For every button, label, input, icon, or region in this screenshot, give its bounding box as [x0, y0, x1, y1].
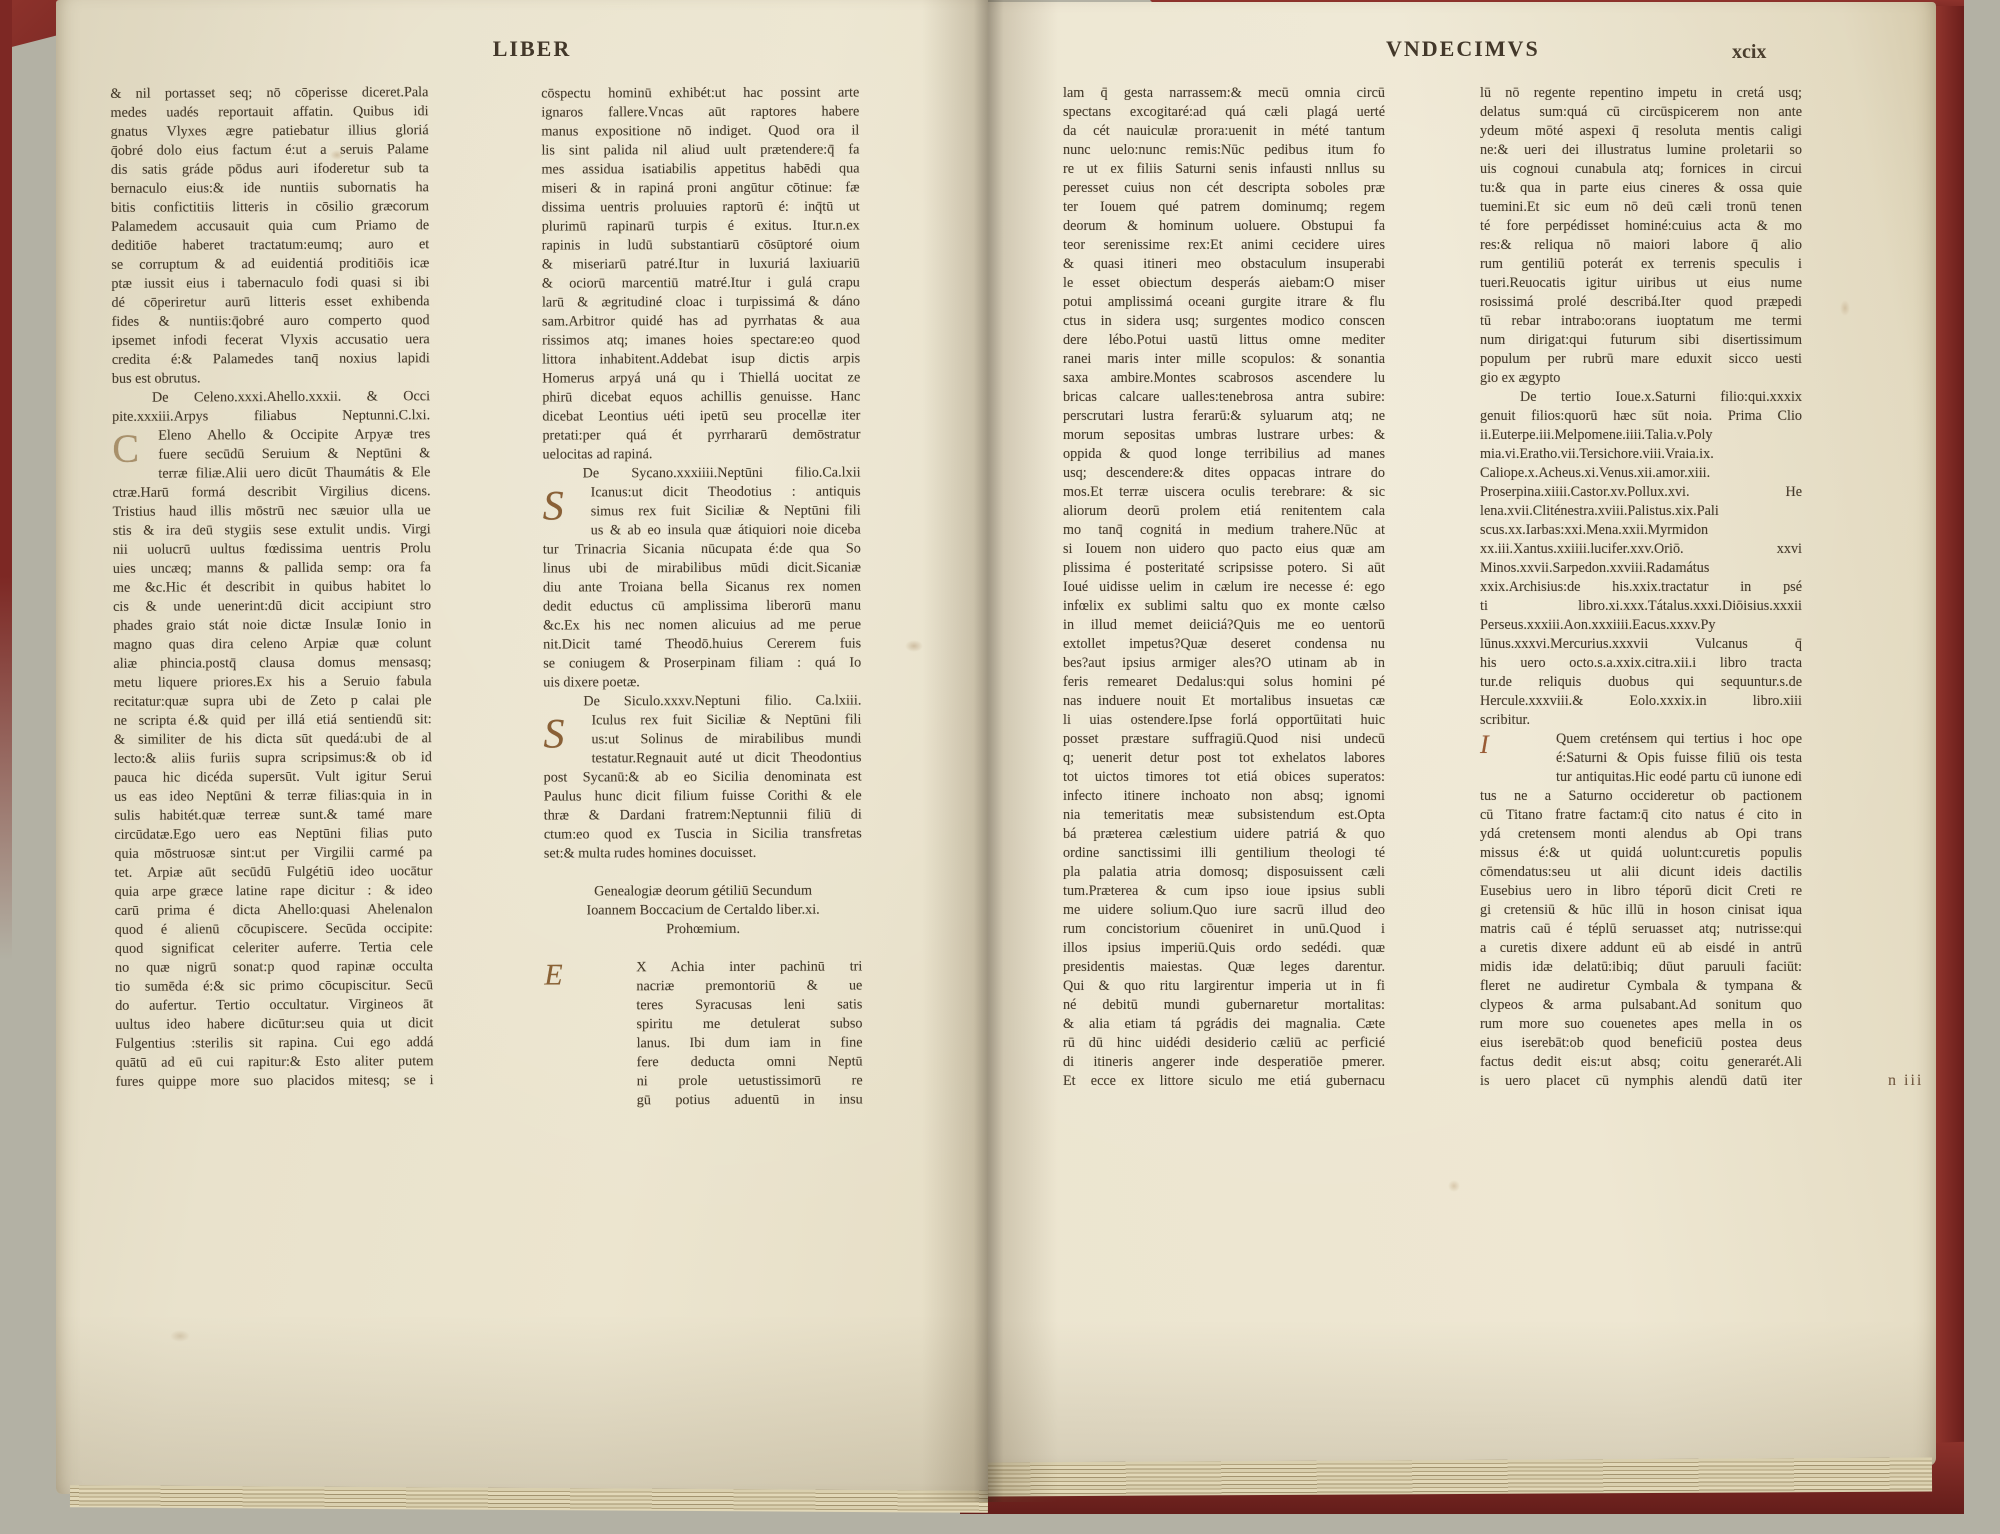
text-line: phades graio stát noie dictæ Insulæ Ioni… [113, 615, 431, 636]
text-line: bes?aut ipsius armiger ales?O utinam ab … [1063, 654, 1385, 673]
text-line: matris caū é téplū seruasset atq; nutris… [1480, 920, 1802, 939]
text-line: miseri & in rapiná proni angūtur cōtinue… [542, 178, 860, 198]
text-line: Homerus arpyá uná qu i Thiellá uocitat z… [542, 368, 860, 388]
text-line: rosissimá prolé describá.Iter quod præpe… [1480, 293, 1802, 312]
text-line: me uidere solium.Quo iure sacrū illud de… [1063, 901, 1385, 920]
text-line: infœlix ex sublimi saltu quo ex monte cæ… [1063, 597, 1385, 616]
paragraph: De Siculo.xxxv.Neptuni filio. Ca.lxiii. [543, 691, 861, 711]
text-line: De Celeno.xxxi.Ahello.xxxii. & Occi [112, 387, 430, 408]
paragraph: De Sycano.xxxiiii.Neptūni filio.Ca.lxii [543, 463, 861, 483]
text-column-1: & nil portasset seq; nō cōperisse dicere… [110, 83, 433, 1092]
text-line: saxa ambire.Montes scabrosos ascendere l… [1063, 369, 1385, 388]
text-line: uis cognoui cunabula atq; fornices in ci… [1480, 160, 1802, 179]
text-line: infecto itinere inchoato non absq; ignom… [1063, 787, 1385, 806]
text-line: cōmendatus:seu ut alii dicunt ideis dact… [1480, 863, 1802, 882]
text-line: dicebat Leontius uéti ipetū seu procellæ… [542, 406, 860, 426]
text-line: stis & ira deū stygiis sese extulit undi… [113, 520, 431, 541]
page-block-edges-left [70, 1485, 988, 1513]
paragraph: De tertio Ioue.x.Saturni filio:qui.xxxix… [1480, 388, 1802, 730]
text-line: his uero octo.s.a.xxix.citra.xii.i libro… [1480, 654, 1802, 673]
paragraph-with-initial: EX Achia inter pachinū trinacriæ premont… [544, 957, 863, 1110]
text-line: in illud memet deiiciá?Quis me eo uentor… [1063, 616, 1385, 635]
photo-backdrop: LIBER VNDECIMVS xcix & nil portasset seq… [0, 0, 2000, 1534]
text-line: gnatus Vlyxes ægre patiebatur illius glo… [111, 121, 429, 142]
text-line: ydeum mōté aspexi q̄ resoluta mentis cal… [1480, 122, 1802, 141]
text-line: tet. Arpiæ aūt secūdū Fulgétiū ideo uocā… [114, 862, 432, 883]
text-line: rū dū hinc uidédi desiderio cæliū ac per… [1063, 1034, 1385, 1053]
text-line: si Iouem non uidero quo pacto eius quæ a… [1063, 540, 1385, 559]
text-line: deorum & hominum uoluere. Obstupui fa [1063, 217, 1385, 236]
text-line: q; uenerit detur post tot exhelatos labo… [1063, 749, 1385, 768]
text-line: tus ne a Saturno occideretur ob pactione… [1480, 787, 1802, 806]
paragraph: cōspectu hominū exhibét:ut hac possint a… [541, 83, 860, 464]
text-line: us eas ideo Neptūni & terræ filias:quia … [114, 786, 432, 807]
text-line: diu ante Troiana bella Sicanus rex nomen [543, 577, 861, 597]
text-line: ter Iouem qué patrem dominumq; regem [1063, 198, 1385, 217]
text-line: medes uadés reportauit affatin. Quibus i… [110, 102, 428, 123]
text-line: usq; descendere:& dites oppacas intrare … [1063, 464, 1385, 483]
text-line: Icanus:ut dicit Theodotius : antiquis [543, 482, 861, 502]
text-line: res:& reliqua nō maiori labore q̄ alio [1480, 236, 1802, 255]
text-line: & miseriarū patré.Itur in luxuriá laxiua… [542, 254, 860, 274]
text-line: & quasi itineri meo obstaculum insuperab… [1063, 255, 1385, 274]
foxing-spot [1448, 1180, 1460, 1192]
text-line: simus rex fuit Siciliæ & Neptūni fili [543, 501, 861, 521]
text-line: ipsemet infodi fecerat Vlyxis accusatio … [112, 330, 430, 351]
text-line: me &c.Hic ét describit in quibus habitet… [113, 577, 431, 598]
text-column-4: lū nō regente repentino impetu in cretá … [1480, 84, 1802, 1091]
text-line: ignaros fallere.Vncas aūt raptores haber… [541, 102, 859, 122]
text-line: tuemini.Et sic eum nō deū cæli tronū ten… [1480, 198, 1802, 217]
quire-signature: n iii [1888, 1072, 1923, 1090]
text-line: tu:& qua in parte eius cineres & ossa qu… [1480, 179, 1802, 198]
text-line: circūdatæ.Ego uero eas Neptūni filias pu… [114, 824, 432, 845]
text-line: cū Titano fratre factam:q̄ cito natus é … [1480, 806, 1802, 825]
text-line: post Sycanū:& ab eo Sicilia denominata e… [544, 767, 862, 787]
foxing-spot [905, 640, 923, 652]
text-line: quia arpe græce latine rape dicitur : & … [115, 881, 433, 902]
text-line: lecto:& aliis furiis supra scripsimus:& … [114, 748, 432, 769]
text-line: Eusebius uero in libro téporū dicit Cret… [1480, 882, 1802, 901]
text-line: mos.Et terræ uiscera oculis terebrare: &… [1063, 483, 1385, 502]
text-line: tur Trinacria Sicania nūcupata é:de qua … [543, 539, 861, 559]
text-line: populum per rubrū mare eduxit sicco uest… [1480, 350, 1802, 369]
text-line: cōspectu hominū exhibét:ut hac possint a… [541, 83, 859, 103]
text-line: Caliope.x.Acheus.xi.Venus.xii.amor.xiii. [1480, 464, 1802, 483]
text-line: credita é:& Palamedes tanq̄ noxius lapid… [112, 349, 430, 370]
text-column-2: cōspectu hominū exhibét:ut hac possint a… [541, 83, 863, 1112]
text-line: tū rebar intrabo:orans iuoptatum me term… [1480, 312, 1802, 331]
text-line: terræ filiæ.Alii uero dicūt Thaumátis & … [112, 463, 430, 484]
text-line: ctum:eo quod ex Tuscia in Sicilia transf… [544, 824, 862, 844]
paragraph: lū nō regente repentino impetu in cretá … [1480, 84, 1802, 388]
text-line: set:& multa rudes homines docuisset. [544, 843, 862, 863]
text-line: quod é alienū cōcupiscere. Secūda occipi… [115, 919, 433, 940]
text-line: mia.vi.Eratho.vii.Tersichore.viii.Vraia.… [1480, 445, 1802, 464]
text-line: quātū ad eū cui rapitur:& Esto aliter pu… [115, 1052, 433, 1073]
text-line: nit.Dicit tamé Theodō.huius Cererem fuis [543, 634, 861, 654]
foxing-spot [170, 1330, 190, 1342]
drop-cap-initial: C [112, 427, 158, 467]
text-line: né debitū mundi gubernaretur mortalitas: [1063, 996, 1385, 1015]
text-line: té fore perpédisset hominé:cuius acta & … [1480, 217, 1802, 236]
text-line: se coniugem & Proserpinam filiam : quá I… [543, 653, 861, 673]
page-block-edges-right [988, 1458, 1932, 1497]
text-line: dis satis gráde pōdus auri ifoderetur su… [111, 159, 429, 180]
text-line: tueri.Reuocatis igitur uiribus ut eius n… [1480, 274, 1802, 293]
text-line: tum.Præterea & cum ipso ioue ipsius subl… [1063, 882, 1385, 901]
text-line: extollet impetus?Quæ deseret condensa nu [1063, 635, 1385, 654]
text-line: plurimū rapinarū turpis é exitus. Itur.n… [542, 216, 860, 236]
text-line: bitis confictitiis litteris in cōsilio g… [111, 197, 429, 218]
text-line: Proserpina.xiiii.Castor.xv.Pollux.xvi. H… [1480, 483, 1802, 502]
paragraph-with-initial: SIculus rex fuit Siciliæ & Neptūni filiu… [543, 710, 862, 863]
text-line: mo tanq̄ cognitá in medium trahere.Nūc a… [1063, 521, 1385, 540]
text-line: pretati:per quá ét pyrrhararū demōstratu… [542, 425, 860, 445]
text-line: thræ & Dardani fratrem:Neptunnii filiū d… [544, 805, 862, 825]
text-line: xx.iii.Xantus.xxiiii.lucifer.xxv.Oriō. x… [1480, 540, 1802, 559]
text-line: Ioannem Boccacium de Certaldo liber.xi. [544, 900, 862, 920]
paragraph-with-initial: IQuem creténsem qui tertius i hoc opeé:S… [1480, 730, 1802, 1091]
text-line: De Sycano.xxxiiii.Neptūni filio.Ca.lxii [543, 463, 861, 483]
text-line: linus ubi de mirabilibus mūdi dicit.Sica… [543, 558, 861, 578]
text-line: ctus in sidera usq; surgentes modico con… [1063, 312, 1385, 331]
text-line: do aufertur. Tertio occultatur. Virgineo… [115, 995, 433, 1016]
text-line: nii uolucrū uultus fœdissima uentris Pro… [113, 539, 431, 560]
text-line: scribitur. [1480, 711, 1802, 730]
text-line: Fulgentius :sterilis sit rapina. Cui ego… [115, 1033, 433, 1054]
text-line: li uias ostendere.Ipse forlá opportūitat… [1063, 711, 1385, 730]
paragraph-with-initial: CEleno Ahello & Occipite Arpyæ tresfuere… [112, 425, 433, 1092]
text-line: factus dedit eis:ut absq; coitu generaré… [1480, 1053, 1802, 1072]
text-line: rum concistorium cōueniret in unū.Quod i [1063, 920, 1385, 939]
text-line: fures quippe more suo placidos mitesq; s… [116, 1071, 434, 1092]
text-line: & nil portasset seq; nō cōperisse dicere… [110, 83, 428, 104]
text-line: tio sumēda é:& sic primo cōcupiscitur. S… [115, 976, 433, 997]
text-line: tur antiquitas.Hic eodé partu cū iunone … [1480, 768, 1802, 787]
text-line: rapinis in ludū substantiarū cōsūptoré o… [542, 235, 860, 255]
text-line: feris remearet Dedalus:qui solus homini … [1063, 673, 1385, 692]
text-line: magno quas dira celeno Arpiæ quæ colunt [113, 634, 431, 655]
text-line: nas induere nouit Et mortalibus insuetas… [1063, 692, 1385, 711]
drop-cap-initial: E [544, 958, 637, 1112]
text-line: fleret ne audiretur Cymbala & tympana & [1480, 977, 1802, 996]
text-line: testatur.Regnauit auté ut dicit Theodont… [544, 748, 862, 768]
text-line: a curetis dixere addunt eū ab eisdé in a… [1480, 939, 1802, 958]
text-line: Genealogiæ deorum gétiliū Secundum [544, 881, 862, 901]
text-line: oppida & quod longe terribilius ad manes [1063, 445, 1385, 464]
text-line: se corruptum & ad euidentiá proditiōis i… [111, 254, 429, 275]
text-line: re ut ex filiis Saturni senis infausti n… [1063, 160, 1385, 179]
text-line: lūnus.xxxvi.Mercurius.xxxvii Vulcanus q̄ [1480, 635, 1802, 654]
text-line: fides & nuntiis:q̄obré auro comperto quo… [112, 311, 430, 332]
text-line: Palamedem accusauit quia cum Priamo de [111, 216, 429, 237]
text-line: bricas calcare ualles:tenebrosa antra su… [1063, 388, 1385, 407]
text-line: xxix.Archisius:de his.xxix.tractatur in … [1480, 578, 1802, 597]
section-heading: Genealogiæ deorum gétiliū SecundumIoanne… [544, 881, 862, 939]
text-line: fuere secūdū Seruium & Neptūni & [112, 444, 430, 465]
text-line: delatus sum:quá cū circūspicerem non ant… [1480, 103, 1802, 122]
text-line: pauca hic dicéda supersūt. Vult igitur S… [114, 767, 432, 788]
blank-line [544, 938, 862, 958]
text-line: ptæ iussit eius i tabernaculo fodi quasi… [111, 273, 429, 294]
foxing-spot [1840, 300, 1850, 316]
text-line: midis idæ delatū:ibiq; dūut paruuli faci… [1480, 958, 1802, 977]
paragraph-with-initial: SIcanus:ut dicit Theodotius : antiquissi… [543, 482, 862, 692]
paragraph: & nil portasset seq; nō cōperisse dicere… [110, 83, 430, 389]
text-line: Prohœmium. [544, 919, 862, 939]
text-line: nia temeritatis meæ subsistendum est.Opt… [1063, 806, 1385, 825]
text-line: spectans excogitaré:ad quá cæli plagá ue… [1063, 103, 1385, 122]
text-line: quod significat celeriter auferre. Terti… [115, 938, 433, 959]
text-line: bá præterea cælestium uidere patriá & qu… [1063, 825, 1385, 844]
text-line: uultus ideo habere dicūtur:seu quia ut d… [115, 1014, 433, 1035]
text-line: pla palatia atria domosq; disposuissent … [1063, 863, 1385, 882]
text-line: scus.xx.Iarbas:xxi.Mena.xxii.Myrmidon [1480, 521, 1802, 540]
text-line: recitatur:quæ supra ubi de Zeto p calai … [114, 691, 432, 712]
gutter-shadow [922, 0, 1058, 1502]
text-line: rissimos atq; imanes hoies spectare:eo q… [542, 330, 860, 350]
drop-cap-initial: I [1480, 730, 1556, 770]
text-line: posset præstare suffragiū.Quod nisi unde… [1063, 730, 1385, 749]
text-line: uies uncæq; manns & pallida semp: ora fa [113, 558, 431, 579]
text-line: clypeos & arma pulsabant.Ad sonitum quo [1480, 996, 1802, 1015]
text-line: teor serenissime rex:Et animi cecidere u… [1063, 236, 1385, 255]
blank-line [544, 862, 862, 882]
text-line: & similiter de his dicta sūt quedá:ubi d… [114, 729, 432, 750]
text-line: aliæ phincia.postq̄ clausa domus mensasq… [113, 653, 431, 674]
text-line: Paulus hunc dicit filium fuisse Corithi … [544, 786, 862, 806]
text-line: Eleno Ahello & Occipite Arpyæ tres [112, 425, 430, 446]
text-line: dere lébo.Potui uastū littus omne medite… [1063, 331, 1385, 350]
text-line: De Siculo.xxxv.Neptuni filio. Ca.lxiii. [543, 691, 861, 711]
text-line: lena.xvii.Cliténestra.xviii.Palistus.xix… [1480, 502, 1802, 521]
text-line: deditiōe haberet tractatum:eumq; auro et [111, 235, 429, 256]
text-line: Perseus.xxxiii.Aon.xxxiiii.Eacus.xxxv.Py [1480, 616, 1802, 635]
text-line: illos ipsius imperiū.Quis ordo sedédi. q… [1063, 939, 1385, 958]
text-line: genuit filios:quorū hæc sūt noia. Prima … [1480, 407, 1802, 426]
paragraph: lam q̄ gesta narrassem:& mecū omnia circ… [1063, 84, 1385, 1091]
text-line: Qui & quo ritu largirentur imperia ut in… [1063, 977, 1385, 996]
text-line: phirū dicebat equos achillis genuisse. H… [542, 387, 860, 407]
text-line: ctræ.Harū formá describit Virgilius dice… [112, 482, 430, 503]
text-line: bus est obrutus. [112, 368, 430, 389]
text-line: rum gentiliū poterát ex terrenis speculi… [1480, 255, 1802, 274]
text-line: cis & unde uenerint:dū dicit accipiunt s… [113, 596, 431, 617]
text-line: potui amplissimá oceani gurgite itrare &… [1063, 293, 1385, 312]
text-line: larū & ægritudiné cloac i turpissimá & d… [542, 292, 860, 312]
text-line: ranei maris inter mille scopulos: & sona… [1063, 350, 1385, 369]
text-line: lis sint palida nil aliud uult prætender… [541, 140, 859, 160]
text-line: sulis habitét.quæ terreæ sunt.& tamé mar… [114, 805, 432, 826]
text-line: & ociorū marcentiū matré.Itur i gulá cra… [542, 273, 860, 293]
text-line: littora inhabitent.Addebat isup dictis a… [542, 349, 860, 369]
book-cover-edge-left [0, 0, 12, 960]
text-line: tot uictos timores tot etiá obices super… [1063, 768, 1385, 787]
text-line: &c.Ex his nec nomen alicuius ad me perue [543, 615, 861, 635]
text-line: manus expositione nō indiget. Quod ora i… [541, 121, 859, 141]
text-line: da cét nauiculæ prora:uenit in mété tant… [1063, 122, 1385, 141]
text-line: dé cōperiretur aurū litteris esset exhib… [111, 292, 429, 313]
text-line: peresset cuius non cét descripta soboles… [1063, 179, 1385, 198]
book-cover-fore-edge [1934, 6, 1964, 1466]
text-line: us:ut Solinus de mirabilibus mundi [543, 729, 861, 749]
text-line: q̄obré dolo eius factum é:ut a seruis Pa… [111, 140, 429, 161]
text-line: Et ecce ex littore siculo me etiá gubern… [1063, 1072, 1385, 1091]
text-line: lam q̄ gesta narrassem:& mecū omnia circ… [1063, 84, 1385, 103]
text-line: carū prima é dicta Ahello:quasi Ahelenal… [115, 900, 433, 921]
paragraph: De Celeno.xxxi.Ahello.xxxii. & Occipite.… [112, 387, 430, 427]
text-line: Hercule.xxxviii.& Eolo.xxxix.in libro.xi… [1480, 692, 1802, 711]
text-line: presidentis maiestas. Quæ leges darentur… [1063, 958, 1385, 977]
text-line: rum more suo couenetes apes mella in os [1480, 1015, 1802, 1034]
text-line: uis dixere poetæ. [543, 672, 861, 692]
text-line: & alia etiam tá pgrádis dei magnalia. Cæ… [1063, 1015, 1385, 1034]
text-line: uelocitas ad rapiná. [542, 444, 860, 464]
text-line: bernaculo eius:& ide nuntiis subornatis … [111, 178, 429, 199]
text-line: is uero placet cū nymphis alendū datū it… [1480, 1072, 1802, 1091]
running-title-right: VNDECIMVS [1386, 36, 1540, 62]
text-column-3: lam q̄ gesta narrassem:& mecū omnia circ… [1063, 84, 1385, 1091]
text-line: ordine sanctissimi illi gentilium theolo… [1063, 844, 1385, 863]
text-line: le esset obiectum desperás aiebam:O mise… [1063, 274, 1385, 293]
text-line: ne scripta é.& quid per illá etiá sentie… [114, 710, 432, 731]
text-line: dedit eductus cū amplissima liberorū man… [543, 596, 861, 616]
drop-cap-initial: S [543, 711, 591, 751]
text-line: mes assidua isatiabilis appetitus habēdi… [541, 159, 859, 179]
text-line: ne:& ueri dei illustratus lumine proleta… [1480, 141, 1802, 160]
text-line: di itineris angerer inde desperatiōe pme… [1063, 1053, 1385, 1072]
text-line: ydá cretensem monti alendus ab Opi trans [1480, 825, 1802, 844]
text-line: ii.Euterpe.iii.Melpomene.iiii.Talia.v.Po… [1480, 426, 1802, 445]
text-line: De tertio Ioue.x.Saturni filio:qui.xxxix [1480, 388, 1802, 407]
text-line: sam.Arbitror quidé has ad pyrrhatas & au… [542, 311, 860, 331]
text-line: num dirigat:qui futurum sibi disertissim… [1480, 331, 1802, 350]
text-line: us & ab eo insula quæ átiquiori noie dic… [543, 520, 861, 540]
running-title-left: LIBER [432, 36, 632, 62]
text-line: plissima é posteritaté scripsisse potero… [1063, 559, 1385, 578]
text-line: pite.xxxiii.Arpys filiabus Neptunni.C.lx… [112, 406, 430, 427]
folio-number: xcix [1732, 41, 1766, 64]
text-line: ti libro.xi.xxx.Tátalus.xxxi.Diōisius.xx… [1480, 597, 1802, 616]
text-line: no quæ nigrū sonat:p quod rapinæ occulta [115, 957, 433, 978]
text-line: dissima uentris proluuies raptorū é: inq… [542, 197, 860, 217]
text-line: aliorum deorū prolem etiá renitentem cal… [1063, 502, 1385, 521]
text-line: Iculus rex fuit Siciliæ & Neptūni fili [543, 710, 861, 730]
text-line: gi cretensiū & hūc illū in hoson cinisat… [1480, 901, 1802, 920]
text-line: morum sepositas umbras lustrare urbes: & [1063, 426, 1385, 445]
text-line: eius iserebāt:ob quod beneficiū postea d… [1480, 1034, 1802, 1053]
text-line: quia mōstruosæ sint:ut per Virgilii carm… [114, 843, 432, 864]
text-line: gio ex ægypto [1480, 369, 1802, 388]
text-line: Tristius haud illis mōstrū nec sæuior ul… [113, 501, 431, 522]
text-line: metu liquere priores.Ex his a Seruio fab… [113, 672, 431, 693]
text-line: nunc uelo:nunc remis:Nūc pedibus itum fo [1063, 141, 1385, 160]
text-line: missus é:& ut quidá uolunt:curetis popul… [1480, 844, 1802, 863]
text-line: Minos.xxvii.Sarpedon.xxviii.Radamátus [1480, 559, 1802, 578]
text-line: tur.de reliquis duobus qui sequuntur.s.d… [1480, 673, 1802, 692]
text-line: perscrutari lustra ferarū:& syluarum atq… [1063, 407, 1385, 426]
text-line: lū nō regente repentino impetu in cretá … [1480, 84, 1802, 103]
drop-cap-initial: S [543, 483, 591, 523]
text-line: Ioué uidisse uelim in cælum ire necesse … [1063, 578, 1385, 597]
